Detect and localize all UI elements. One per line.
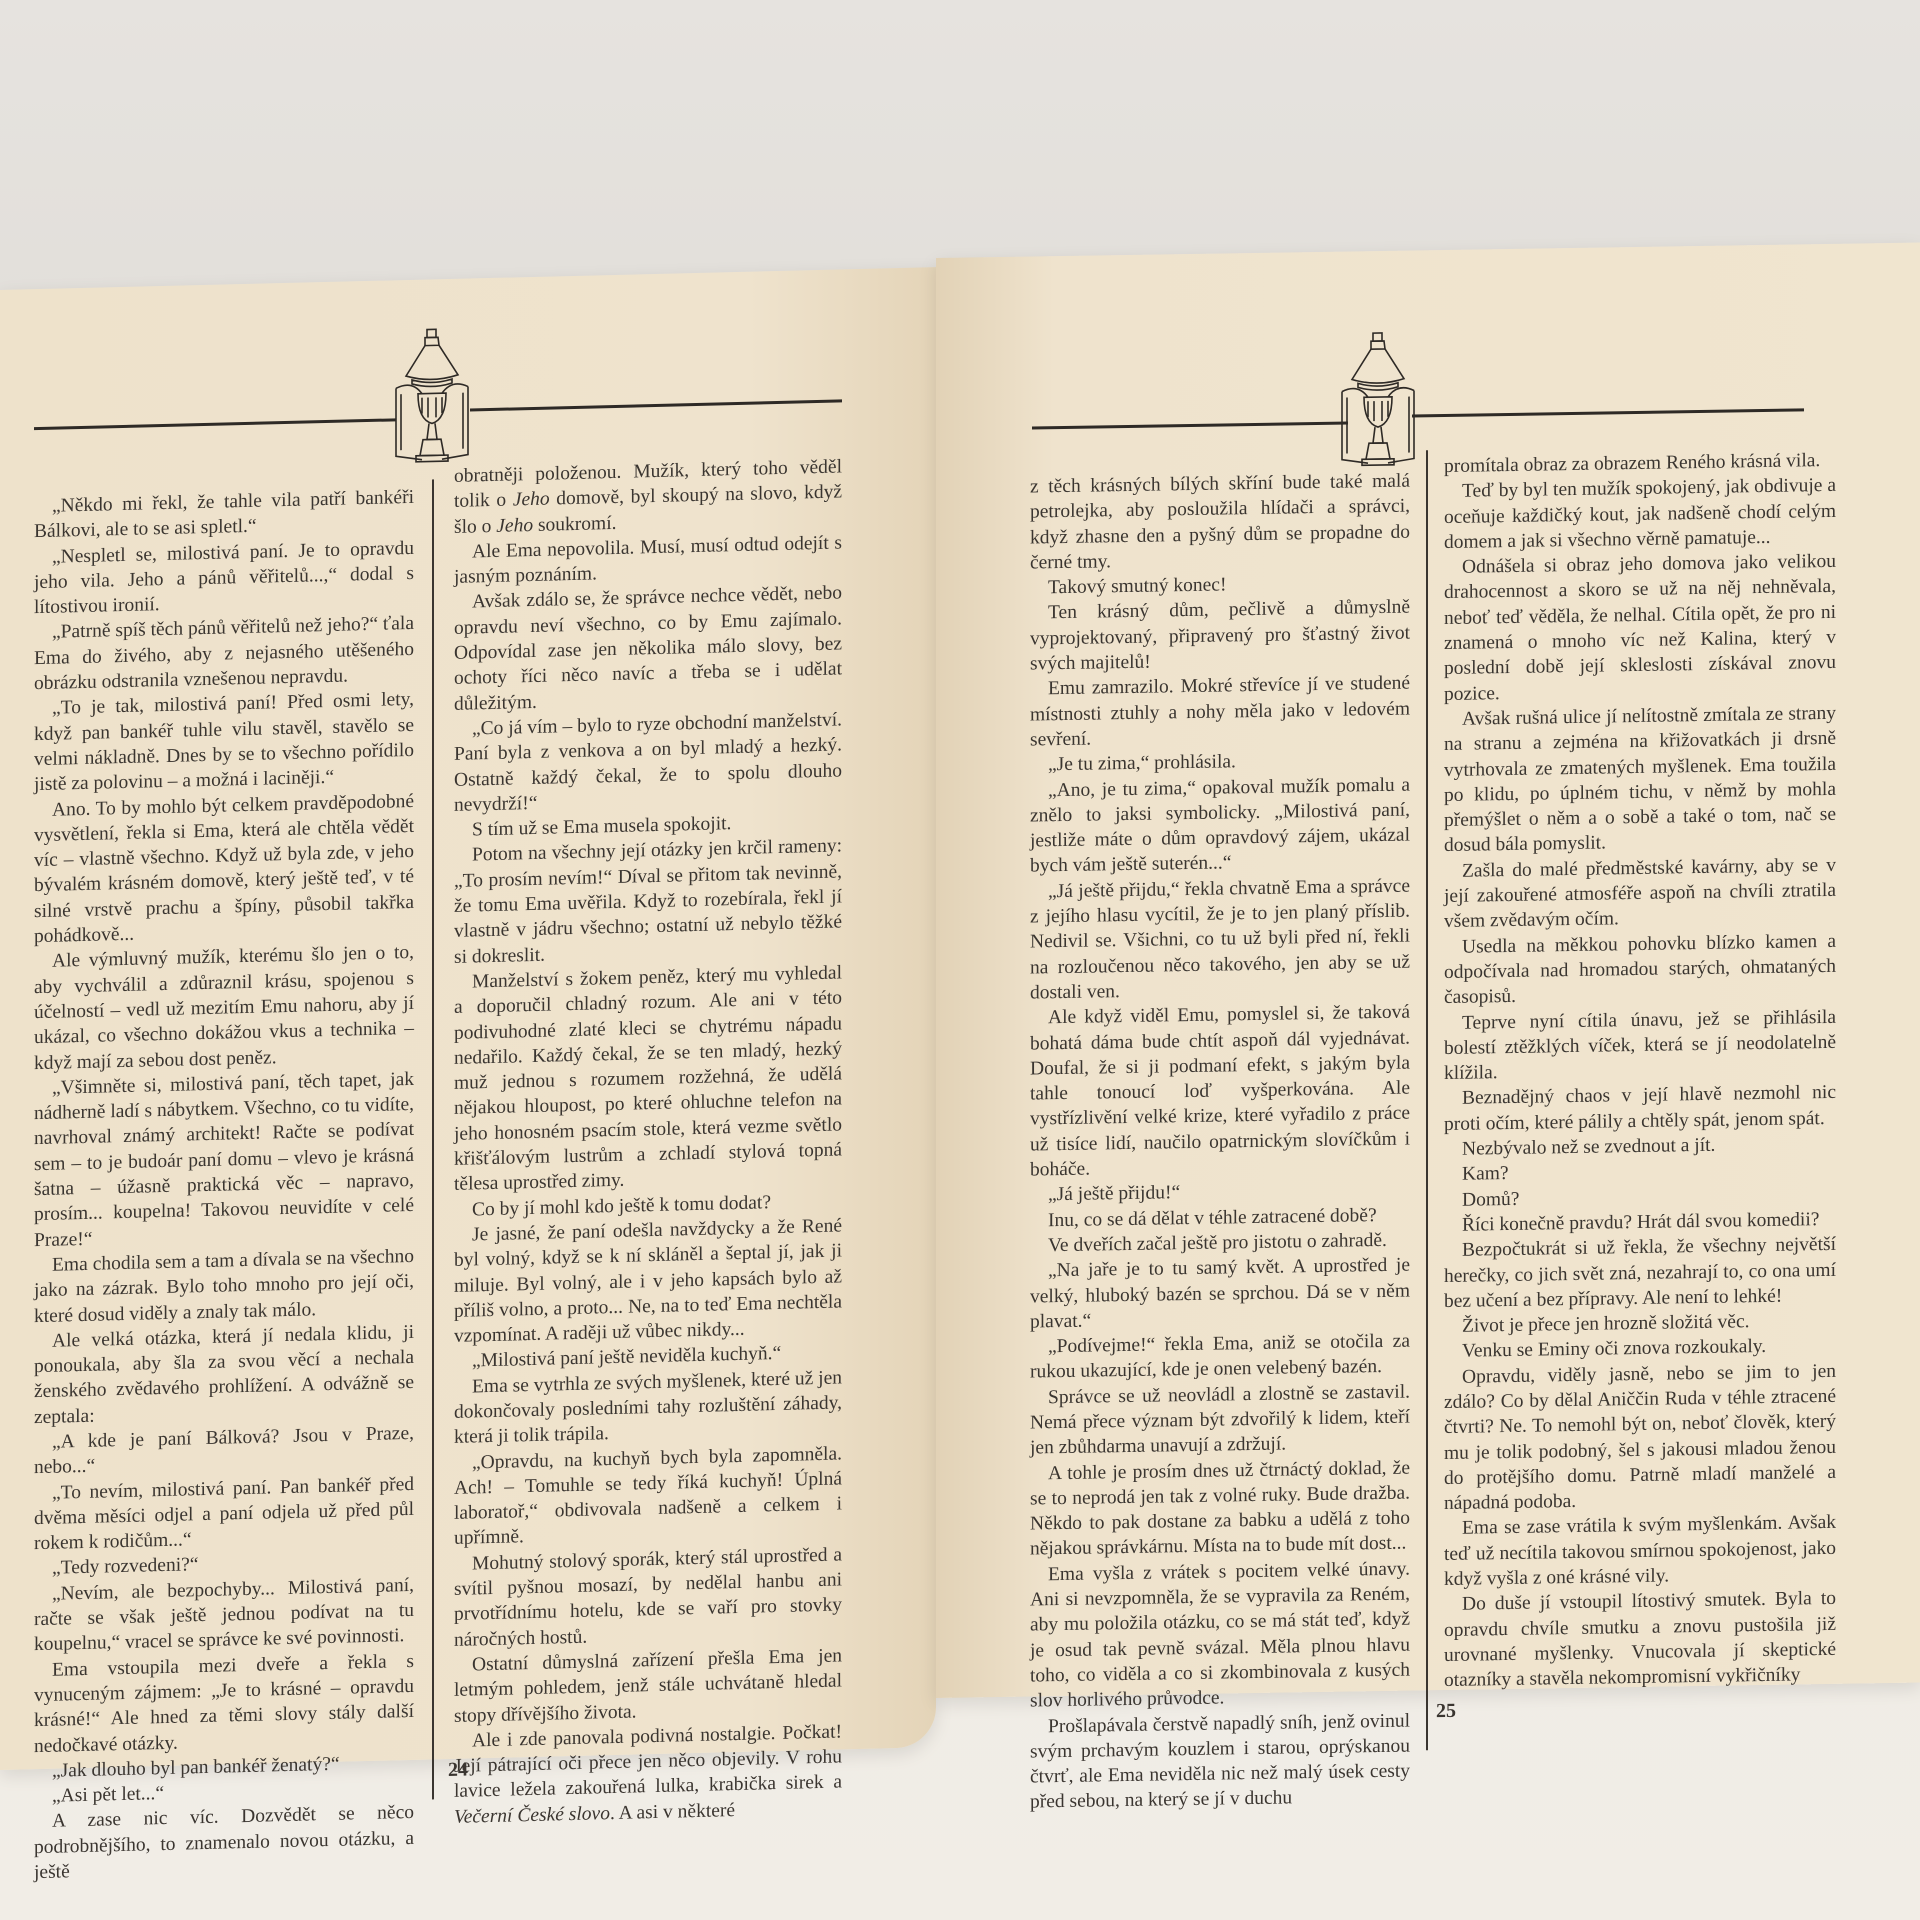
- paragraph: „To nevím, milostivá paní. Pan bankéř př…: [34, 1471, 414, 1556]
- paragraph: „Já ještě přijdu,“ řekla chvatně Ema a s…: [1030, 873, 1410, 1005]
- paragraph: Zašla do malé předměstské kavárny, aby s…: [1444, 853, 1836, 935]
- paragraph: „Někdo mi řekl, že tahle vila patří bank…: [34, 485, 414, 545]
- paragraph: „Ano, je tu zima,“ opakoval mužík pomalu…: [1030, 772, 1410, 879]
- paragraph: Správce se už neovládl a zlostně se zast…: [1030, 1379, 1410, 1461]
- left-page: „Někdo mi řekl, že tahle vila patří bank…: [0, 267, 936, 1770]
- paragraph: obratněji položenou. Mužík, který toho v…: [454, 454, 842, 539]
- paragraph: A zase nic víc. Dozvědět se něco podrobn…: [34, 1800, 414, 1885]
- right-page-column-2: promítala obraz za obrazem Reného krásná…: [1444, 448, 1836, 1694]
- paragraph: „To je tak, milostivá paní! Před osmi le…: [34, 687, 414, 797]
- page-number: 24: [448, 1759, 468, 1782]
- paragraph: Ema vyšla z vrátek s pocitem velké únavy…: [1030, 1556, 1410, 1714]
- paragraph: Ema vstoupila mezi dveře a řekla s vynuc…: [34, 1649, 414, 1759]
- paragraph: z těch krásných bílých skříní bude také …: [1030, 469, 1410, 576]
- paragraph: Odnášela si obraz jeho domova jako velik…: [1444, 549, 1836, 707]
- paragraph: Prošlapávala čerstvě napadlý sníh, jenž …: [1030, 1708, 1410, 1815]
- paragraph: Ten krásný dům, pečlivě a důmyslně vypro…: [1030, 595, 1410, 677]
- paragraph: „Podívejme!“ řekla Ema, aniž se otočila …: [1030, 1329, 1410, 1386]
- paragraph: Ostatní důmyslná zařízení přešla Ema jen…: [454, 1643, 842, 1728]
- paragraph: Ale i zde panovala podivná nostalgie. Po…: [454, 1719, 842, 1830]
- header-rule-right: [1412, 408, 1804, 417]
- paragraph: Bezpočtukrát si už řekla, že všechny nej…: [1444, 1232, 1836, 1314]
- right-page: z těch krásných bílých skříní bude také …: [936, 243, 1920, 1698]
- paragraph: „A kde je paní Bálková? Jsou v Praze, ne…: [34, 1421, 414, 1481]
- paragraph: „Opravdu, na kuchyň bych byla zapomněla.…: [454, 1441, 842, 1552]
- paragraph: Teprve nyní cítila únavu, jež se přihlás…: [1444, 1004, 1836, 1086]
- paragraph: „Všimněte si, milostivá paní, těch tapet…: [34, 1067, 414, 1253]
- paragraph: „Nespletl se, milostivá paní. Je to opra…: [34, 535, 414, 620]
- paragraph: Ale když viděl Emu, pomyslel si, že tako…: [1030, 1000, 1410, 1183]
- left-page-column-1: „Někdo mi řekl, že tahle vila patří bank…: [34, 485, 414, 1886]
- paragraph: Ema se zase vrátila k svým myšlenkám. Av…: [1444, 1510, 1836, 1592]
- paragraph: Je jasné, že paní odešla navždycky a že …: [454, 1213, 842, 1349]
- paragraph: Do duše jí vstoupil lítostivý smutek. By…: [1444, 1586, 1836, 1693]
- paragraph: Avšak rušná ulice jí nelítostně zmítala …: [1444, 701, 1836, 859]
- paragraph: Teď by byl ten mužík spokojený, jak obdi…: [1444, 473, 1836, 555]
- paragraph: A tohle je prosím dnes už čtrnáctý dokla…: [1030, 1455, 1410, 1562]
- paragraph: Potom na všechny její otázky jen krčil r…: [454, 834, 842, 970]
- paragraph: „Co já vím – bylo to ryze obchodní manže…: [454, 707, 842, 818]
- paragraph: Beznadějný chaos v její hlavě nezmohl ni…: [1444, 1080, 1836, 1137]
- oil-lamp-ornament-icon: [392, 326, 472, 468]
- paragraph: Ema chodila sem a tam a dívala se na vše…: [34, 1244, 414, 1329]
- header-rule-left: [1032, 422, 1348, 430]
- paragraph: „Na jaře je to tu samý květ. A uprostřed…: [1030, 1253, 1410, 1335]
- paragraph: Ale výmluvný mužík, kterému šlo jen o to…: [34, 940, 414, 1076]
- paragraph: „Nevím, ale bezpochyby... Milostivá paní…: [34, 1573, 414, 1658]
- page-number: 25: [1436, 1700, 1456, 1723]
- paragraph: „Patrně spíš těch pánů věřitelů než jeho…: [34, 611, 414, 696]
- left-page-column-2: obratněji položenou. Mužík, který toho v…: [454, 454, 842, 1830]
- paragraph: Ano. To by mohlo být celkem pravděpodobn…: [34, 788, 414, 949]
- column-divider: [432, 479, 434, 1799]
- paragraph: Ema se vytrhla ze svých myšlenek, které …: [454, 1365, 842, 1450]
- header-rule-left: [34, 418, 396, 430]
- paragraph: Ale velká otázka, která jí nedala klidu,…: [34, 1320, 414, 1430]
- column-divider: [1426, 450, 1428, 1750]
- header-rule-right: [470, 399, 842, 411]
- paragraph: Opravdu, viděly jasně, nebo se jim to je…: [1444, 1359, 1836, 1517]
- paragraph: Avšak zdálo se, že správce nechce vědět,…: [454, 581, 842, 717]
- oil-lamp-ornament-icon: [1338, 330, 1418, 471]
- paragraph: Usedla na měkkou pohovku blízko kamen a …: [1444, 929, 1836, 1011]
- paragraph: Manželství s žokem peněz, který mu vyhle…: [454, 960, 842, 1197]
- right-page-column-1: z těch krásných bílých skříní bude také …: [1030, 469, 1410, 1816]
- paragraph: Mohutný stolový sporák, který stál upros…: [454, 1542, 842, 1653]
- paragraph: Emu zamrazilo. Mokré střevíce jí ve stud…: [1030, 671, 1410, 753]
